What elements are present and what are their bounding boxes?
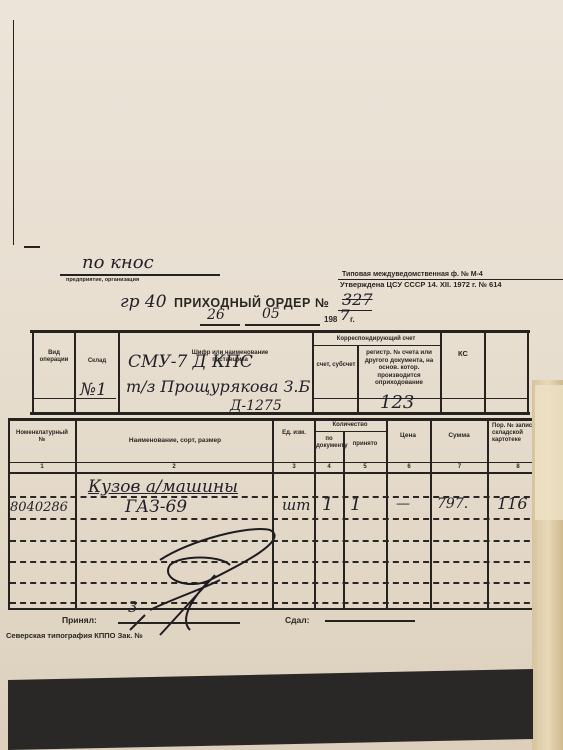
- date-month-underline: [245, 324, 320, 326]
- nomenclature-no: 8040286: [10, 500, 68, 515]
- date-year-suffix: 7: [340, 308, 350, 324]
- top-table-top: [30, 330, 530, 333]
- header-corr-account: Корреспондирующий счет: [314, 336, 438, 343]
- col-num-3: 3: [274, 464, 314, 471]
- header-warehouse: Склад: [78, 358, 116, 365]
- organization-caption: предприятие, организация: [66, 277, 139, 283]
- col-num-5: 5: [345, 464, 385, 471]
- top-row-line: [314, 398, 527, 399]
- qty-group-header: Количество: [316, 422, 384, 429]
- organization-underline: [60, 274, 220, 276]
- date-month: 05: [262, 306, 280, 322]
- qty-group-line: [314, 431, 386, 432]
- date-day: 26: [207, 307, 225, 323]
- organization-value: по кнос: [82, 252, 154, 273]
- items-num-line-bottom: [8, 472, 553, 474]
- header-ks: КС: [442, 350, 484, 359]
- signature-initial: 3: [128, 598, 138, 616]
- header-operation-type: Вид операции: [36, 350, 72, 364]
- top-col-line: [527, 332, 529, 412]
- date-year-end: г.: [350, 315, 355, 324]
- col-num-1: 1: [10, 464, 74, 471]
- group-note: гр 40: [120, 292, 167, 312]
- handed-label: Сдал:: [285, 615, 310, 625]
- header-register: регистр. № счета или другого документа, …: [359, 349, 439, 387]
- unit: шт: [282, 496, 310, 514]
- corr-subheader-line: [312, 345, 440, 346]
- accepted-line: [118, 622, 240, 624]
- handed-line: [325, 620, 415, 622]
- date-year-prefix: 198: [324, 315, 337, 324]
- top-col-line: [440, 332, 442, 412]
- top-col-line: [74, 332, 76, 412]
- qty-accepted: 1: [350, 494, 361, 515]
- dark-surface: [8, 669, 533, 750]
- supplier-value-line1: СМУ-7 Д КПС: [128, 352, 253, 372]
- document-page: Типовая междуведомственная ф. № М-4 Утве…: [0, 0, 563, 750]
- accepted-label: Принял:: [62, 615, 97, 625]
- margin-line: [13, 20, 14, 245]
- item-name-line2: ГАЗ-69: [125, 497, 187, 517]
- supplier-value-line3: Д-1275: [230, 398, 282, 414]
- col-header-4: по документу: [316, 436, 342, 450]
- col-header-7: Сумма: [432, 432, 486, 441]
- price: —: [396, 496, 410, 512]
- col-header-1: Номенклатурный №: [12, 430, 72, 444]
- col-header-3: Ед. изм.: [278, 430, 310, 437]
- top-col-line: [118, 332, 120, 412]
- margin-tick: [24, 246, 40, 248]
- supplier-value-line2: т/з Прощурякова З.Б: [126, 377, 310, 396]
- col-num-6: 6: [388, 464, 430, 471]
- form-header-line1: Типовая междуведомственная ф. № М-4: [342, 271, 483, 278]
- items-table-top: [8, 418, 553, 421]
- items-num-line-top: [8, 462, 553, 463]
- col-header-5: принято: [345, 441, 385, 448]
- top-col-line: [312, 332, 314, 412]
- order-number: 327: [342, 290, 373, 309]
- col-num-7: 7: [432, 464, 487, 471]
- form-header-line2: Утверждена ЦСУ СССР 14. XII. 1972 г. № 6…: [340, 280, 502, 289]
- item-name-line1: Кузов а/машины: [88, 477, 238, 497]
- printer-info: Северская типография КППО Зак. №: [6, 631, 143, 640]
- col-num-2: 2: [77, 464, 271, 471]
- col-num-4: 4: [316, 464, 342, 471]
- date-day-underline: [200, 324, 240, 326]
- top-col-line: [484, 332, 486, 412]
- sum: 797.: [437, 496, 468, 512]
- header-account: счет, субсчет: [316, 362, 356, 369]
- qty-doc: 1: [322, 494, 333, 515]
- order-title: ПРИХОДНЫЙ ОРДЕР №: [174, 296, 329, 310]
- col-header-2: Наименование, сорт, размер: [80, 437, 270, 446]
- top-col-line: [32, 332, 34, 412]
- top-row-line: [32, 398, 74, 399]
- card-no: 116: [497, 494, 528, 513]
- register-value: 123: [380, 392, 414, 413]
- tape-strip: [535, 385, 563, 520]
- form-header-rule: [338, 279, 563, 280]
- warehouse-value: №1: [80, 380, 107, 400]
- col-header-6: Цена: [388, 432, 428, 441]
